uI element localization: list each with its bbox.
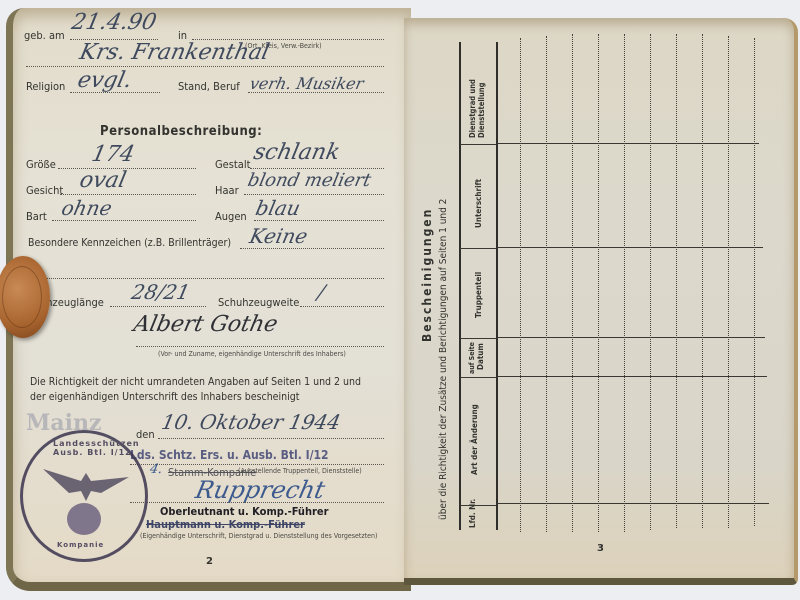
row-line <box>754 38 755 526</box>
certification-line-2: der eigenhändigen Unterschrift des Inhab… <box>30 391 299 403</box>
officer-signature: Rupprecht <box>193 476 327 504</box>
right-page-subtitle: über die Richtigkeit der Zusätze und Ber… <box>438 199 449 520</box>
field-label-height: Größe <box>26 158 56 171</box>
special-marks-value: Keine <box>247 224 309 248</box>
row-line <box>650 34 651 530</box>
field-label-face: Gesicht <box>26 184 63 197</box>
dotted-line <box>136 346 384 347</box>
header-separator <box>460 338 496 339</box>
page-3 <box>404 18 798 585</box>
coin-rim <box>2 266 42 328</box>
dotted-line <box>52 220 196 221</box>
dotted-line <box>250 168 384 169</box>
row-line <box>598 34 599 532</box>
dotted-line <box>130 464 384 465</box>
dotted-line <box>300 306 384 307</box>
col-header-art: Art der Änderung <box>470 404 479 475</box>
field-label-beard: Bart <box>26 210 47 223</box>
official-seal: Landesschützen Ausb. Btl. I/12 Kompanie <box>20 430 148 562</box>
shoe-length-value: 28/21 <box>129 280 192 304</box>
col-header-seite: auf Seite <box>468 342 476 374</box>
field-value-face: oval <box>77 168 128 193</box>
holder-signature-caption: (Vor- und Zuname, eigenhändige Unterschr… <box>158 350 346 358</box>
row-line <box>676 34 677 528</box>
col-header-truppenteil: Truppenteil <box>474 272 483 318</box>
field-value-height: 174 <box>89 142 136 167</box>
dotted-line <box>244 194 384 195</box>
table-header-border <box>496 42 498 530</box>
column-rule <box>497 143 759 144</box>
unit-stamp: Lds. Schtz. Ers. u. Ausb. Btl. I/12 <box>130 448 329 462</box>
dotted-line <box>158 438 384 439</box>
seal-ring-text: Landesschützen Ausb. Btl. I/12 <box>53 439 145 457</box>
religion-value: evgl. <box>75 68 134 93</box>
field-label-hair: Haar <box>215 184 239 197</box>
dotted-line <box>254 220 384 221</box>
col-header-datum: Datum <box>476 343 485 370</box>
issue-date: 10. Oktober 1944 <box>159 410 342 434</box>
field-value-eyes: blau <box>253 196 302 220</box>
rank-caption: (Eigenhändige Unterschrift, Dienstgrad u… <box>140 532 378 540</box>
row-line <box>520 38 521 532</box>
field-label-eyes: Augen <box>215 210 247 223</box>
wreath-emblem-icon <box>67 503 101 535</box>
occupation-label: Stand, Beruf <box>178 80 240 93</box>
field-value-hair: blond meliert <box>246 170 373 191</box>
birth-date-label: geb. am <box>24 29 65 42</box>
certification-line-1: Die Richtigkeit der nicht umrandeten Ang… <box>30 376 361 388</box>
right-page-title: Bescheinigungen <box>420 208 434 342</box>
dotted-line <box>110 306 206 307</box>
dotted-line <box>26 278 384 279</box>
field-value-build: schlank <box>251 140 342 165</box>
dotted-line <box>26 66 384 67</box>
holder-signature: Albert Gothe <box>131 312 280 337</box>
header-separator <box>460 248 496 249</box>
row-line <box>728 36 729 528</box>
column-rule <box>497 247 763 248</box>
header-separator <box>460 144 496 145</box>
dotted-line <box>240 248 384 249</box>
dotted-line <box>60 194 196 195</box>
seal-bottom-text: Kompanie <box>57 541 104 549</box>
header-separator <box>460 377 496 378</box>
occupation-value: verh. Musiker <box>248 74 366 93</box>
row-line <box>546 36 547 532</box>
section-title: Personalbeschreibung: <box>100 124 262 139</box>
row-line <box>702 34 703 528</box>
rank-struck: Hauptmann u. Komp.-Führer <box>146 518 305 531</box>
special-marks-label: Besondere Kennzeichen (z.B. Brillenträge… <box>28 237 231 249</box>
dotted-line <box>130 502 384 503</box>
col-header-lfd-nr: Lfd. Nr. <box>468 499 477 528</box>
col-header-unterschrift: Unterschrift <box>474 179 483 228</box>
column-rule <box>497 376 767 377</box>
page-number-left: 2 <box>206 556 213 567</box>
row-line <box>624 34 625 532</box>
page-number-right: 3 <box>597 543 604 554</box>
field-value-beard: ohne <box>59 196 114 220</box>
field-label-build: Gestalt <box>215 158 251 171</box>
religion-label: Religion <box>26 80 65 93</box>
shoe-width-label: Schuhzeugweite <box>218 296 299 309</box>
header-separator <box>460 505 496 506</box>
birth-place-value: Krs. Frankenthal <box>77 40 271 65</box>
eagle-emblem-icon <box>41 463 131 503</box>
rank-stamp: Oberleutnant u. Komp.-Führer <box>160 505 329 518</box>
unit-caption: (Ausstellende Truppenteil, Dienststelle) <box>238 467 362 475</box>
column-rule <box>497 337 765 338</box>
soldbuch-open-spread: geb. am 21.4.90 in (Ort, Kreis, Verw.-Be… <box>0 0 800 600</box>
birth-date-value: 21.4.90 <box>69 10 158 35</box>
table-left-border <box>459 42 461 530</box>
col-header-dienstgrad: Dienstgrad und Dienststellung <box>468 46 486 138</box>
row-line <box>572 34 573 532</box>
